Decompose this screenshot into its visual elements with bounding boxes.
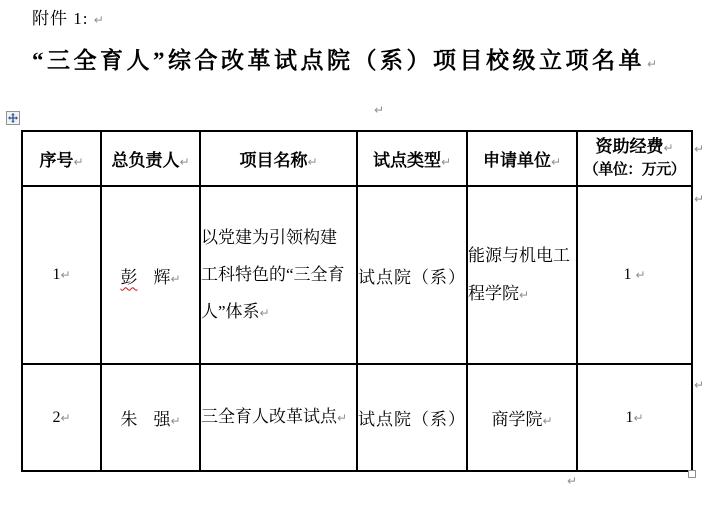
header-pilot-type[interactable]: 试点类型↵ <box>357 131 467 186</box>
cell-end-mark-icon: ↵ <box>73 155 83 169</box>
cell-leader[interactable]: 朱强↵ <box>101 364 200 471</box>
cell-end-mark-icon: ↵ <box>60 268 70 282</box>
row-end-mark-icon: ↵ <box>694 192 704 206</box>
leader-name-first: 朱 <box>120 410 137 429</box>
row-end-mark-icon: ↵ <box>694 378 704 392</box>
cell-end-mark-icon: ↵ <box>635 268 645 282</box>
project-line: 人”体系↵ <box>201 293 356 332</box>
leader-name-last: 强 <box>153 410 170 429</box>
attachment-label-text: 附件 1: <box>32 9 88 28</box>
project-list-table: 序号↵ 总负责人↵ 项目名称↵ 试点类型↵ 申请单位↵ 资助经费↵ （单位：万元… <box>21 130 693 472</box>
cell-end-mark-icon: ↵ <box>60 411 70 425</box>
header-project[interactable]: 项目名称↵ <box>200 131 357 186</box>
cell-funding[interactable]: 1 ↵ <box>577 186 692 364</box>
paragraph-mark-icon: ↵ <box>647 57 657 71</box>
header-unit[interactable]: 申请单位↵ <box>467 131 577 186</box>
cell-end-mark-icon: ↵ <box>170 414 180 428</box>
cell-end-mark-icon: ↵ <box>551 155 561 169</box>
leader-name-first: 彭 <box>120 268 137 287</box>
cell-end-mark-icon: ↵ <box>633 411 643 425</box>
header-index[interactable]: 序号↵ <box>22 131 101 186</box>
cell-end-mark-icon: ↵ <box>519 288 529 302</box>
cell-end-mark-icon: ↵ <box>260 306 270 320</box>
unit-line: 能源与机电工 <box>468 237 576 275</box>
cell-pilot-type[interactable]: 试点院（系） <box>357 186 467 364</box>
cell-index[interactable]: 2↵ <box>22 364 101 471</box>
attachment-label[interactable]: 附件 1: ↵ <box>32 4 104 29</box>
project-line: 工科特色的“三全育 <box>201 256 356 293</box>
cell-end-mark-icon: ↵ <box>170 272 180 286</box>
cell-end-mark-icon: ↵ <box>307 155 317 169</box>
cell-funding[interactable]: 1↵ <box>577 364 692 471</box>
cell-end-mark-icon: ↵ <box>337 411 347 425</box>
paragraph-mark-icon: ↵ <box>374 103 384 117</box>
table-row: 2↵ 朱强↵ 三全育人改革试点↵ 试点院（系） 商学院↵ 1↵ <box>22 364 692 471</box>
cell-project-name[interactable]: 三全育人改革试点↵ <box>200 364 357 471</box>
cell-project-name[interactable]: 以党建为引领构建 工科特色的“三全育 人”体系↵ <box>200 186 357 364</box>
cell-end-mark-icon: ↵ <box>542 414 552 428</box>
paragraph-mark-icon: ↵ <box>94 13 104 27</box>
table-row: 1↵ 彭辉↵ 以党建为引领构建 工科特色的“三全育 人”体系↵ 试点院（系） 能… <box>22 186 692 364</box>
header-leader[interactable]: 总负责人↵ <box>101 131 200 186</box>
cell-pilot-type[interactable]: 试点院（系） <box>357 364 467 471</box>
project-line: 以党建为引领构建 <box>201 219 356 256</box>
header-funding[interactable]: 资助经费↵ （单位：万元） <box>577 131 692 186</box>
cell-applicant-unit[interactable]: 能源与机电工 程学院↵ <box>467 186 577 364</box>
document-title[interactable]: “三全育人”综合改革试点院（系）项目校级立项名单↵ <box>32 42 657 75</box>
four-way-arrow-icon <box>8 113 18 123</box>
paragraph-mark-icon: ↵ <box>567 474 577 488</box>
unit-line: 程学院↵ <box>468 275 576 314</box>
cell-end-mark-icon: ↵ <box>441 155 451 169</box>
table-move-handle-icon[interactable] <box>6 111 20 125</box>
cell-leader[interactable]: 彭辉↵ <box>101 186 200 364</box>
row-end-mark-icon: ↵ <box>694 142 704 156</box>
leader-name-last: 辉 <box>153 268 170 287</box>
cell-end-mark-icon: ↵ <box>179 155 189 169</box>
table-header-row: 序号↵ 总负责人↵ 项目名称↵ 试点类型↵ 申请单位↵ 资助经费↵ （单位：万元… <box>22 131 692 186</box>
document-title-text: “三全育人”综合改革试点院（系）项目校级立项名单 <box>32 48 645 73</box>
cell-index[interactable]: 1↵ <box>22 186 101 364</box>
cell-end-mark-icon: ↵ <box>663 141 673 155</box>
cell-applicant-unit[interactable]: 商学院↵ <box>467 364 577 471</box>
table-resize-handle[interactable] <box>688 470 696 478</box>
